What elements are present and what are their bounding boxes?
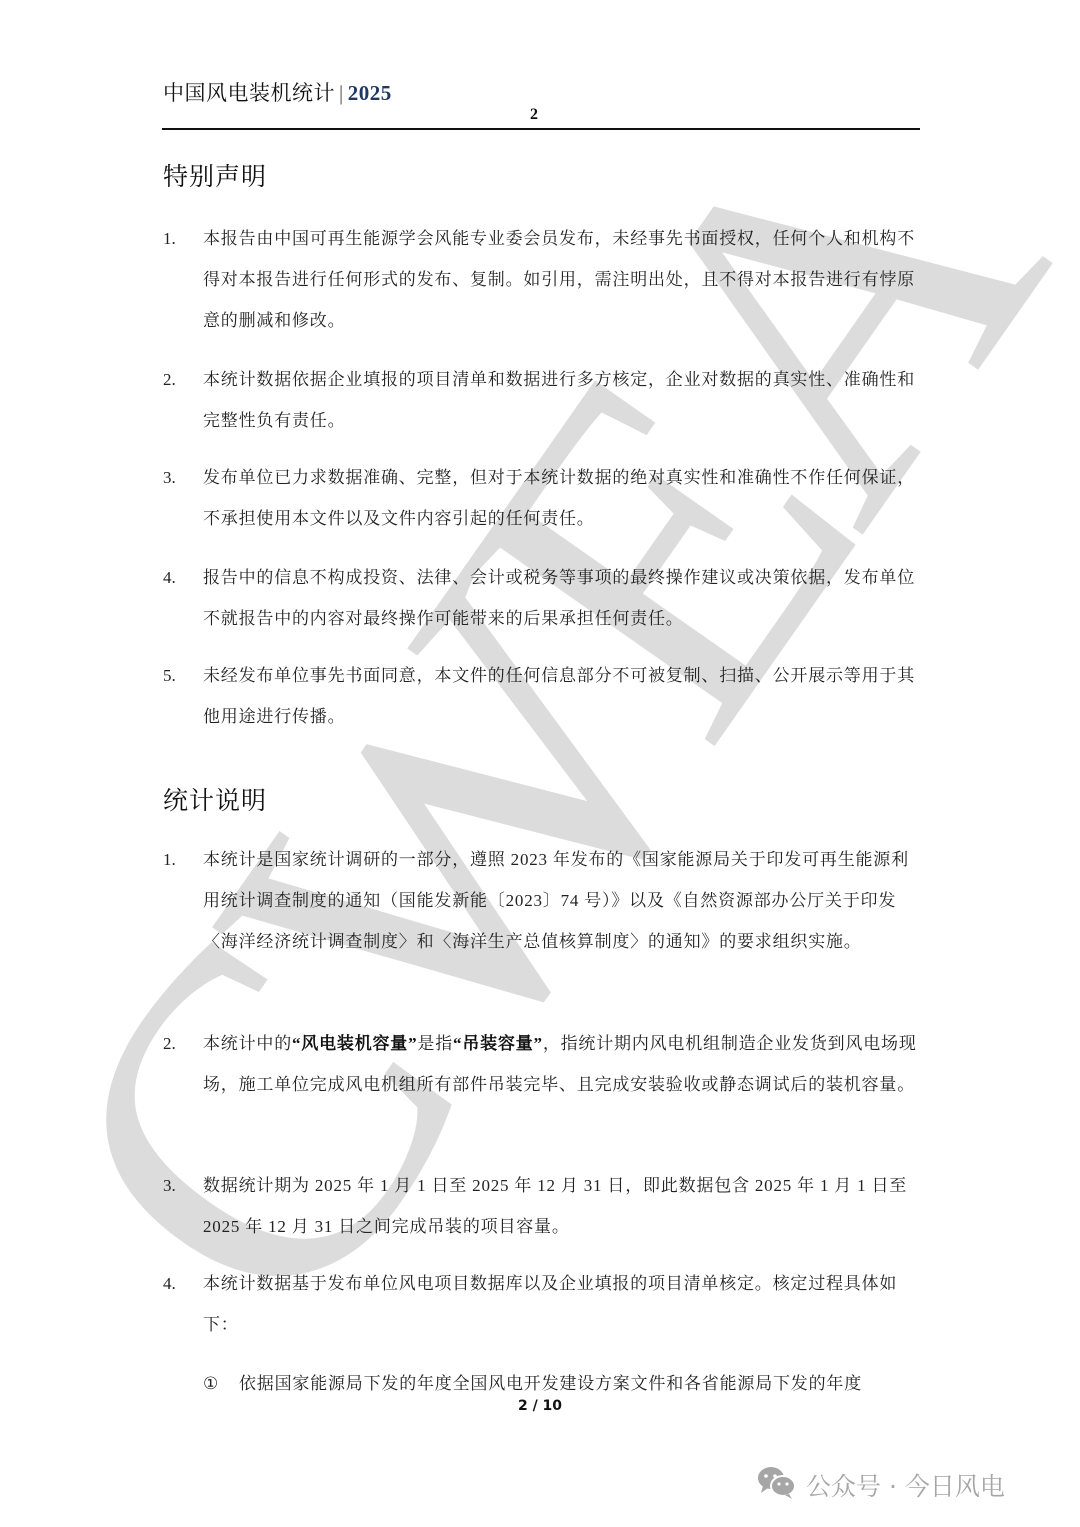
item-number: 4. <box>163 557 193 598</box>
list-item: 3. 发布单位已力求数据准确、完整，但对于本统计数据的绝对真实性和准确性不作任何… <box>163 457 923 539</box>
item-number: 2. <box>163 359 193 400</box>
header-year: 2025 <box>348 81 392 105</box>
text-run: 本统计中的 <box>203 1034 292 1053</box>
item-text: 本统计是国家统计调研的一部分，遵照 2023 年发布的《国家能源局关于印发可再生… <box>203 839 923 962</box>
item-number: 5. <box>163 655 193 696</box>
text-run: 是指 <box>417 1034 453 1053</box>
header-title: 中国风电装机统计 <box>163 81 335 105</box>
item-text: 数据统计期为 2025 年 1 月 1 日至 2025 年 12 月 31 日，… <box>203 1165 923 1247</box>
wechat-icon <box>756 1465 798 1505</box>
item-number: 3. <box>163 1165 193 1206</box>
list-item: 1. 本报告由中国可再生能源学会风能专业委会员发布，未经事先书面授权，任何个人和… <box>163 218 923 341</box>
running-header: 中国风电装机统计|2025 <box>163 77 392 107</box>
term-wind-capacity: “风电装机容量” <box>292 1034 417 1053</box>
item-text: 未经发布单位事先书面同意，本文件的任何信息部分不可被复制、扫描、公开展示等用于其… <box>203 655 923 737</box>
item-text: 本统计中的“风电装机容量”是指“吊装容量”，指统计期内风电机组制造企业发货到风电… <box>203 1023 923 1105</box>
item-text: 发布单位已力求数据准确、完整，但对于本统计数据的绝对真实性和准确性不作任何保证，… <box>203 457 923 539</box>
list-item: 2. 本统计中的“风电装机容量”是指“吊装容量”，指统计期内风电机组制造企业发货… <box>163 1023 923 1105</box>
list-item: 4. 本统计数据基于发布单位风电项目数据库以及企业填报的项目清单核定。核定过程具… <box>163 1263 923 1345</box>
item-number: 3. <box>163 457 193 498</box>
item-text: 本统计数据基于发布单位风电项目数据库以及企业填报的项目清单核定。核定过程具体如下… <box>203 1263 923 1345</box>
list-item: 4. 报告中的信息不构成投资、法律、会计或税务等事项的最终操作建议或决策依据，发… <box>163 557 923 639</box>
source-badge-text: 公众号 · 今日风电 <box>806 1467 1005 1503</box>
term-hoisting-capacity: “吊装容量” <box>453 1034 543 1053</box>
section-title-statistics-notes: 统计说明 <box>163 781 267 817</box>
item-number: 2. <box>163 1023 193 1064</box>
item-number: 4. <box>163 1263 193 1304</box>
header-separator: | <box>339 81 344 105</box>
item-number: 1. <box>163 839 193 880</box>
section-title-special-statement: 特别声明 <box>163 157 267 193</box>
document-page: CWEA 中国风电装机统计|2025 2 特别声明 1. 本报告由中国可再生能源… <box>0 0 1080 1527</box>
list-item: 5. 未经发布单位事先书面同意，本文件的任何信息部分不可被复制、扫描、公开展示等… <box>163 655 923 737</box>
header-page-number: 2 <box>530 106 538 124</box>
item-text: 报告中的信息不构成投资、法律、会计或税务等事项的最终操作建议或决策依据，发布单位… <box>203 557 923 639</box>
header-divider <box>162 128 920 130</box>
source-badge: 公众号 · 今日风电 <box>756 1465 1005 1505</box>
list-item: 1. 本统计是国家统计调研的一部分，遵照 2023 年发布的《国家能源局关于印发… <box>163 839 923 962</box>
item-number: 1. <box>163 218 193 259</box>
list-item: 2. 本统计数据依据企业填报的项目清单和数据进行多方核定，企业对数据的真实性、准… <box>163 359 923 441</box>
list-item: 3. 数据统计期为 2025 年 1 月 1 日至 2025 年 12 月 31… <box>163 1165 923 1247</box>
page-indicator: 2 / 10 <box>0 1398 1080 1414</box>
item-text: 本报告由中国可再生能源学会风能专业委会员发布，未经事先书面授权，任何个人和机构不… <box>203 218 923 341</box>
item-text: 本统计数据依据企业填报的项目清单和数据进行多方核定，企业对数据的真实性、准确性和… <box>203 359 923 441</box>
